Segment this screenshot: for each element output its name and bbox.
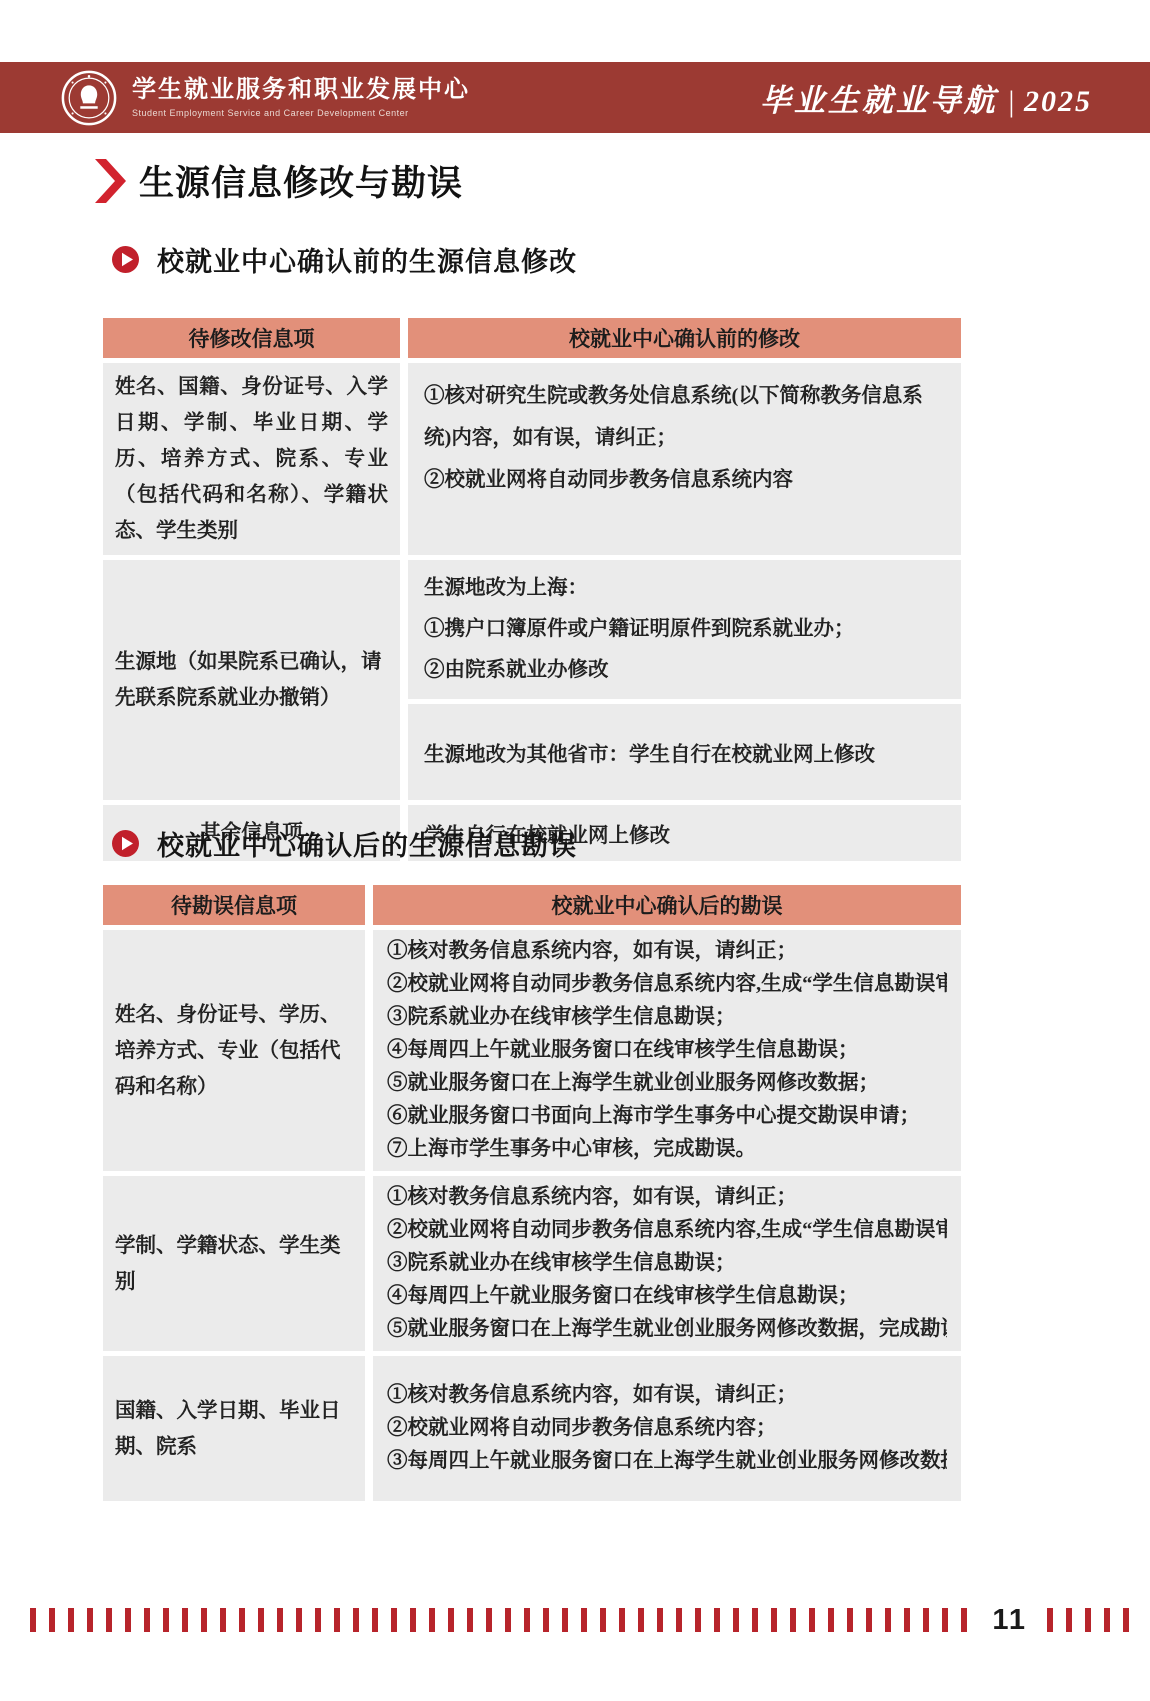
header-band: 学生就业服务和职业发展中心 Student Employment Service… <box>0 62 1150 133</box>
step-line: ④每周四上午就业服务窗口在线审核学生信息勘误； <box>387 1034 947 1067</box>
item-text: 生源地（如果院系已确认，请先联系院系就业办撤销） <box>115 644 388 716</box>
org-name-en: Student Employment Service and Career De… <box>132 108 470 118</box>
step-line: ②校就业网将自动同步教务信息系统内容,生成“学生信息勘误审核”待勘误条目； <box>387 968 947 1001</box>
edition-banner: 毕业生就业导航 | 2025 <box>760 75 1092 120</box>
footer-dash-pattern-right <box>1047 1608 1135 1632</box>
org-name-cn: 学生就业服务和职业发展中心 <box>132 77 470 103</box>
steps-cell: ①核对教务信息系统内容，如有误，请纠正； ②校就业网将自动同步教务信息系统内容,… <box>373 1176 961 1351</box>
split-action-column: 生源地改为上海： ①携户口簿原件或户籍证明原件到院系就业办； ②由院系就业办修改… <box>408 560 961 800</box>
item-cell: 生源地（如果院系已确认，请先联系院系就业办撤销） <box>103 560 400 800</box>
table-row: 学制、学籍状态、学生类别 ①核对教务信息系统内容，如有误，请纠正； ②校就业网将… <box>103 1176 961 1351</box>
section1-heading: 校就业中心确认前的生源信息修改 <box>112 240 577 279</box>
step-line: ③院系就业办在线审核学生信息勘误； <box>387 1247 947 1280</box>
step-line: ⑦上海市学生事务中心审核，完成勘误。 <box>387 1133 947 1166</box>
play-circle-icon <box>112 246 139 273</box>
column-header-item: 待勘误信息项 <box>103 885 365 925</box>
university-seal-icon <box>60 69 118 127</box>
item-cell: 国籍、入学日期、毕业日期、院系 <box>103 1356 365 1501</box>
table-row: 生源地（如果院系已确认，请先联系院系就业办撤销） 生源地改为上海： ①携户口簿原… <box>103 560 961 800</box>
step-line: ③每周四上午就业服务窗口在上海学生就业创业服务网修改数据，完成勘误。 <box>387 1445 947 1478</box>
action-line: 生源地改为其他省市：学生自行在校就业网上修改 <box>424 737 875 767</box>
document-page: 学生就业服务和职业发展中心 Student Employment Service… <box>0 0 1150 1701</box>
table-header-row: 待修改信息项 校就业中心确认前的修改 <box>103 318 961 358</box>
item-cell: 姓名、国籍、身份证号、入学日期、学制、毕业日期、学历、培养方式、院系、专业（包括… <box>103 363 400 555</box>
step-line: ①核对教务信息系统内容，如有误，请纠正； <box>387 935 947 968</box>
action-cell-shanghai: 生源地改为上海： ①携户口簿原件或户籍证明原件到院系就业办； ②由院系就业办修改 <box>408 560 961 699</box>
item-text: 姓名、国籍、身份证号、入学日期、学制、毕业日期、学历、培养方式、院系、专业（包括… <box>115 369 388 549</box>
action-line: 生源地改为上海： <box>424 568 945 609</box>
item-text: 学制、学籍状态、学生类别 <box>115 1228 353 1300</box>
action-line: ②由院系就业办修改 <box>424 650 945 691</box>
step-line: ②校就业网将自动同步教务信息系统内容,生成“学生信息勘误审核”待勘误条目； <box>387 1214 947 1247</box>
column-header-action: 校就业中心确认前的修改 <box>408 318 961 358</box>
action-line: ①携户口簿原件或户籍证明原件到院系就业办； <box>424 609 945 650</box>
section2-title: 校就业中心确认后的生源信息勘误 <box>157 824 577 863</box>
column-header-item: 待修改信息项 <box>103 318 400 358</box>
banner-separator: | <box>1007 85 1015 119</box>
action-line: ②校就业网将自动同步教务信息系统内容 <box>424 459 945 501</box>
page-number: 11 <box>992 1604 1027 1637</box>
page-title-row: 生源信息修改与勘误 <box>95 156 463 206</box>
column-header-action: 校就业中心确认后的勘误 <box>373 885 961 925</box>
page-title: 生源信息修改与勘误 <box>139 156 463 206</box>
org-title-block: 学生就业服务和职业发展中心 Student Employment Service… <box>132 77 470 117</box>
play-circle-icon <box>112 830 139 857</box>
step-line: ⑤就业服务窗口在上海学生就业创业服务网修改数据； <box>387 1067 947 1100</box>
table-header-row: 待勘误信息项 校就业中心确认后的勘误 <box>103 885 961 925</box>
steps-cell: ①核对教务信息系统内容，如有误，请纠正； ②校就业网将自动同步教务信息系统内容,… <box>373 930 961 1171</box>
step-line: ①核对教务信息系统内容，如有误，请纠正； <box>387 1181 947 1214</box>
footer-dash-pattern-left <box>30 1608 972 1632</box>
table-correction-after-confirm: 待勘误信息项 校就业中心确认后的勘误 姓名、身份证号、学历、培养方式、专业（包括… <box>103 885 961 1501</box>
action-cell: ①核对研究生院或教务处信息系统(以下简称教务信息系统)内容，如有误，请纠正； ②… <box>408 363 961 555</box>
section1-title: 校就业中心确认前的生源信息修改 <box>157 240 577 279</box>
action-cell-other-province: 生源地改为其他省市：学生自行在校就业网上修改 <box>408 704 961 800</box>
steps-cell: ①核对教务信息系统内容，如有误，请纠正； ②校就业网将自动同步教务信息系统内容；… <box>373 1356 961 1501</box>
item-cell: 学制、学籍状态、学生类别 <box>103 1176 365 1351</box>
page-footer: 11 <box>30 1606 1135 1634</box>
table-modify-before-confirm: 待修改信息项 校就业中心确认前的修改 姓名、国籍、身份证号、入学日期、学制、毕业… <box>103 318 961 861</box>
step-line: ⑥就业服务窗口书面向上海市学生事务中心提交勘误申请； <box>387 1100 947 1133</box>
table-row: 姓名、身份证号、学历、培养方式、专业（包括代码和名称） ①核对教务信息系统内容，… <box>103 930 961 1171</box>
section2-heading: 校就业中心确认后的生源信息勘误 <box>112 824 577 863</box>
action-line: ①核对研究生院或教务处信息系统(以下简称教务信息系统)内容，如有误，请纠正； <box>424 375 945 459</box>
step-line: ①核对教务信息系统内容，如有误，请纠正； <box>387 1379 947 1412</box>
step-line: ⑤就业服务窗口在上海学生就业创业服务网修改数据，完成勘误。 <box>387 1313 947 1346</box>
table-row: 姓名、国籍、身份证号、入学日期、学制、毕业日期、学历、培养方式、院系、专业（包括… <box>103 363 961 555</box>
step-line: ④每周四上午就业服务窗口在线审核学生信息勘误； <box>387 1280 947 1313</box>
banner-title: 毕业生就业导航 <box>760 75 998 120</box>
item-text: 姓名、身份证号、学历、培养方式、专业（包括代码和名称） <box>115 997 353 1105</box>
item-cell: 姓名、身份证号、学历、培养方式、专业（包括代码和名称） <box>103 930 365 1171</box>
step-line: ②校就业网将自动同步教务信息系统内容； <box>387 1412 947 1445</box>
table-row: 国籍、入学日期、毕业日期、院系 ①核对教务信息系统内容，如有误，请纠正； ②校就… <box>103 1356 961 1501</box>
item-text: 国籍、入学日期、毕业日期、院系 <box>115 1393 353 1465</box>
step-line: ③院系就业办在线审核学生信息勘误； <box>387 1001 947 1034</box>
chevron-right-icon <box>95 159 126 203</box>
banner-year: 2025 <box>1024 85 1092 119</box>
